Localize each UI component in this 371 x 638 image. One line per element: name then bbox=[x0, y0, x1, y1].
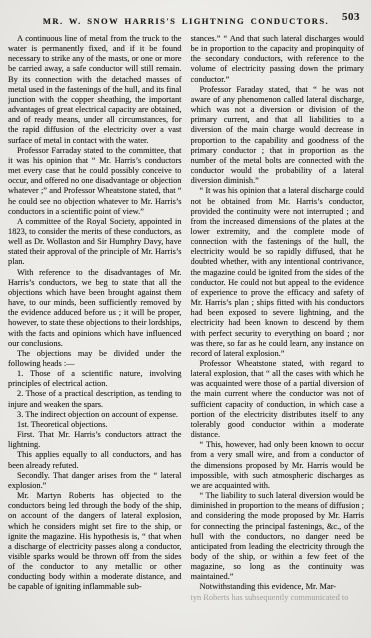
paragraph: The objections may be divided under the … bbox=[8, 349, 182, 369]
scanned-book-page: { "page": { "header": { "title": "MR. W.… bbox=[0, 0, 371, 638]
left-column: A continuous line of metal from the truc… bbox=[8, 34, 182, 603]
paragraph: “ It was his opinion that a lateral disc… bbox=[191, 186, 365, 359]
paragraph: A continuous line of metal from the truc… bbox=[8, 34, 182, 146]
paragraph: With reference to the disadvantages of M… bbox=[8, 268, 182, 349]
paragraph: “ The liability to such lateral diversio… bbox=[191, 491, 365, 582]
paragraph: A committee of the Royal Society, appoin… bbox=[8, 217, 182, 268]
paragraph: 1. Those of a scientific nature, involvi… bbox=[8, 369, 182, 389]
paragraph: Professor Wheatstone stated, with regard… bbox=[191, 359, 365, 440]
page-number: 503 bbox=[342, 11, 360, 23]
paragraph: Professor Farraday stated to the committ… bbox=[8, 146, 182, 217]
text-columns: A continuous line of metal from the truc… bbox=[8, 34, 364, 603]
paragraph: Mr. Martyn Roberts has objected to the c… bbox=[8, 491, 182, 593]
paragraph: First. That Mr. Harris’s conductors attr… bbox=[8, 430, 182, 450]
paragraph: tyn Roberts has subsequently communicate… bbox=[191, 593, 365, 603]
paragraph: stances.” “ And that such lateral discha… bbox=[191, 34, 365, 85]
paragraph: Professor Faraday stated, that “ he was … bbox=[191, 85, 365, 187]
paragraph: 3. The indirect objection on account of … bbox=[8, 410, 182, 420]
paragraph: “ This, however, had only been known to … bbox=[191, 440, 365, 491]
paragraph: Notwithstanding this evidence, Mr. Mar- bbox=[191, 582, 365, 592]
paragraph: 1st. Theoretical objections. bbox=[8, 420, 182, 430]
paragraph: 2. Those of a practical description, as … bbox=[8, 389, 182, 409]
paragraph: Secondly. That danger arises from the “ … bbox=[8, 471, 182, 491]
running-title: MR. W. SNOW HARRIS'S LIGHTNING CONDUCTOR… bbox=[43, 14, 329, 26]
paragraph: This applies equally to all conductors, … bbox=[8, 450, 182, 470]
page-header: MR. W. SNOW HARRIS'S LIGHTNING CONDUCTOR… bbox=[8, 11, 364, 27]
right-column: stances.” “ And that such lateral discha… bbox=[191, 34, 365, 603]
document-page: MR. W. SNOW HARRIS'S LIGHTNING CONDUCTOR… bbox=[0, 0, 371, 638]
